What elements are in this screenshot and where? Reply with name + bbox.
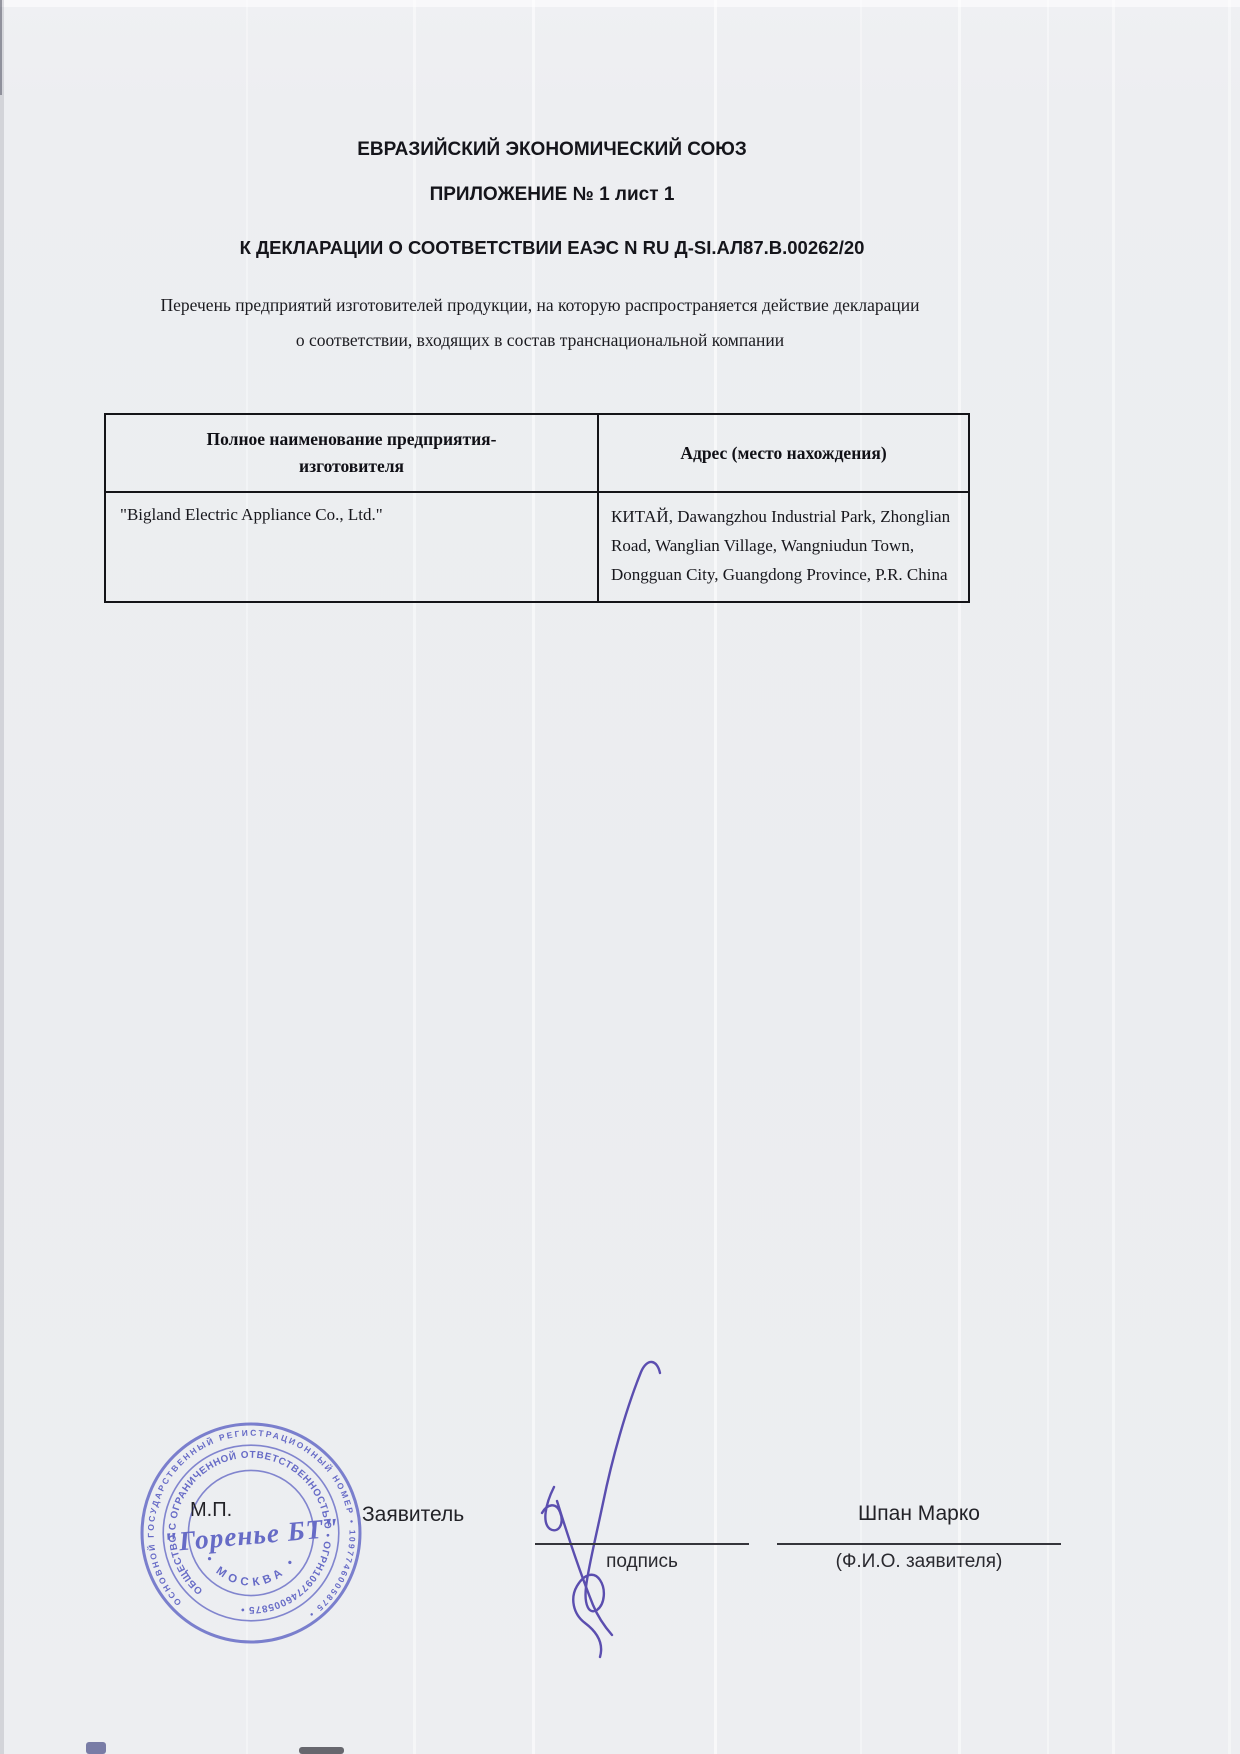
scan-artifact xyxy=(958,0,961,1754)
scan-artifact xyxy=(0,0,4,1754)
scan-artifact xyxy=(0,0,2,95)
scan-artifact xyxy=(0,0,1240,7)
table-header-row: Полное наименование предприятия-изготови… xyxy=(105,414,969,492)
applicant-label: Заявитель xyxy=(362,1503,464,1527)
scan-artifact xyxy=(860,0,862,1754)
name-caption: (Ф.И.О. заявителя) xyxy=(777,1551,1061,1573)
applicant-name: Шпан Марко xyxy=(777,1502,1061,1526)
scan-artifact xyxy=(86,1742,106,1754)
table-row: "Bigland Electric Appliance Co., Ltd." К… xyxy=(105,492,969,602)
column-header-manufacturer-label: Полное наименование предприятия-изготови… xyxy=(187,426,517,480)
column-header-address: Адрес (место нахождения) xyxy=(598,414,969,492)
appendix-subtitle: ПРИЛОЖЕНИЕ № 1 лист 1 xyxy=(0,184,1104,206)
address-cell: КИТАЙ, Dawangzhou Industrial Park, Zhong… xyxy=(598,492,969,602)
scan-artifact xyxy=(1112,0,1115,1754)
scanned-declaration-page: ЕВРАЗИЙСКИЙ ЭКОНОМИЧЕСКИЙ СОЮЗ ПРИЛОЖЕНИ… xyxy=(0,0,1240,1754)
intro-line-1: Перечень предприятий изготовителей проду… xyxy=(112,288,968,323)
stamp-company-name: "Горенье БТ" xyxy=(162,1512,341,1557)
intro-paragraph: Перечень предприятий изготовителей проду… xyxy=(112,288,968,358)
column-header-manufacturer: Полное наименование предприятия-изготови… xyxy=(105,414,598,492)
name-line xyxy=(777,1543,1061,1545)
signature-caption: подпись xyxy=(535,1551,749,1573)
company-round-stamp: ОСНОВНОЙ ГОСУДАРСТВЕННЫЙ РЕГИСТРАЦИОННЫЙ… xyxy=(139,1421,363,1645)
stamp-city-text: • МОСКВА • xyxy=(203,1554,299,1589)
scan-artifact xyxy=(299,1747,344,1754)
seal-placeholder-label: М.П. xyxy=(190,1499,232,1522)
scan-artifact xyxy=(1047,0,1049,1754)
document-title: ЕВРАЗИЙСКИЙ ЭКОНОМИЧЕСКИЙ СОЮЗ xyxy=(0,139,1104,161)
handwritten-signature xyxy=(500,1355,720,1670)
manufacturer-cell: "Bigland Electric Appliance Co., Ltd." xyxy=(105,492,598,602)
declaration-number-line: К ДЕКЛАРАЦИИ О СООТВЕТСТВИИ ЕАЭС N RU Д-… xyxy=(0,237,1104,259)
intro-line-2: о соответствии, входящих в состав трансн… xyxy=(112,323,968,358)
scan-artifact xyxy=(1228,0,1231,1754)
signature-line xyxy=(535,1543,749,1545)
scan-artifact xyxy=(413,0,416,1754)
manufacturers-table: Полное наименование предприятия-изготови… xyxy=(104,413,970,603)
